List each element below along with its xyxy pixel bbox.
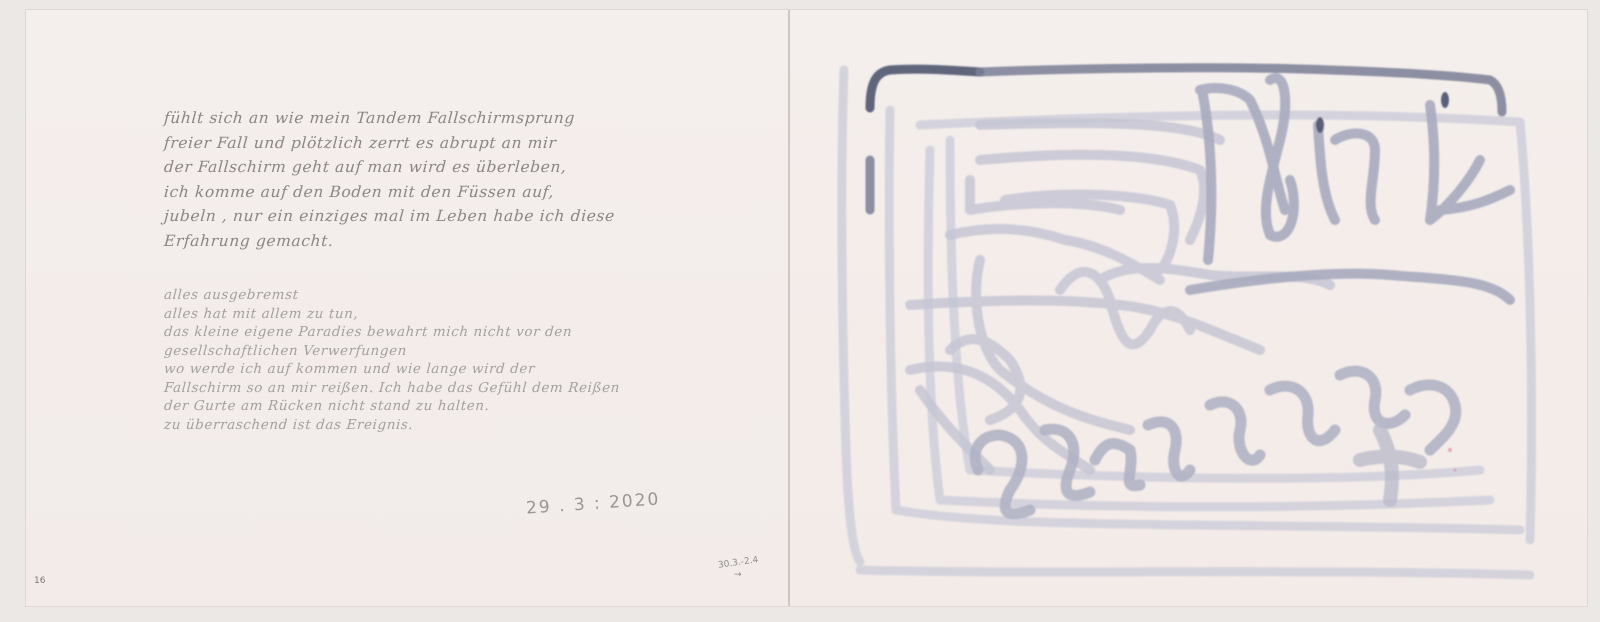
sketchbook-spread: fühlt sich an wie mein Tandem Fallschirm… <box>26 10 1587 606</box>
arrow-icon: → <box>734 570 742 580</box>
text-line: fühlt sich an wie mein Tandem Fallschirm… <box>163 106 616 131</box>
text-line: ich komme auf den Boden mit den Füssen a… <box>163 180 616 205</box>
margin-note: 30.3.-2.4 <box>718 555 759 571</box>
text-line: zu überraschend ist das Ereignis. <box>163 416 620 435</box>
text-line: freier Fall und plötzlich zerrt es abrup… <box>163 131 616 156</box>
text-line: alles hat mit allem zu tun, <box>163 305 620 324</box>
figure-stroke <box>1360 430 1420 500</box>
text-line: Erfahrung gemacht. <box>163 229 616 254</box>
text-line: das kleine eigene Paradies bewahrt mich … <box>163 323 620 342</box>
text-line: alles ausgebremst <box>163 286 620 305</box>
text-line: der Gurte am Rücken nicht stand zu halte… <box>163 397 620 416</box>
left-page: fühlt sich an wie mein Tandem Fallschirm… <box>26 10 788 606</box>
page-number: 16 <box>34 576 45 586</box>
handwritten-paragraph-2: alles ausgebremst alles hat mit allem zu… <box>164 286 620 434</box>
handwritten-paragraph-1: fühlt sich an wie mein Tandem Fallschirm… <box>164 106 615 253</box>
dark-accent-strokes <box>870 69 980 108</box>
text-line: wo werde ich auf kommen und wie lange wi… <box>163 360 620 379</box>
text-line: gesellschaftlichen Verwerfungen <box>163 342 620 361</box>
text-line: der Fallschirm geht auf man wird es über… <box>163 155 616 180</box>
text-line: jubeln , nur ein einziges mal im Leben h… <box>163 204 616 229</box>
watercolor-painting <box>830 30 1590 590</box>
right-page <box>790 10 1587 606</box>
handwritten-date: 29 . 3 : 2020 <box>525 489 661 518</box>
text-line: Fallschirm so an mir reißen. Ich habe da… <box>163 379 620 398</box>
